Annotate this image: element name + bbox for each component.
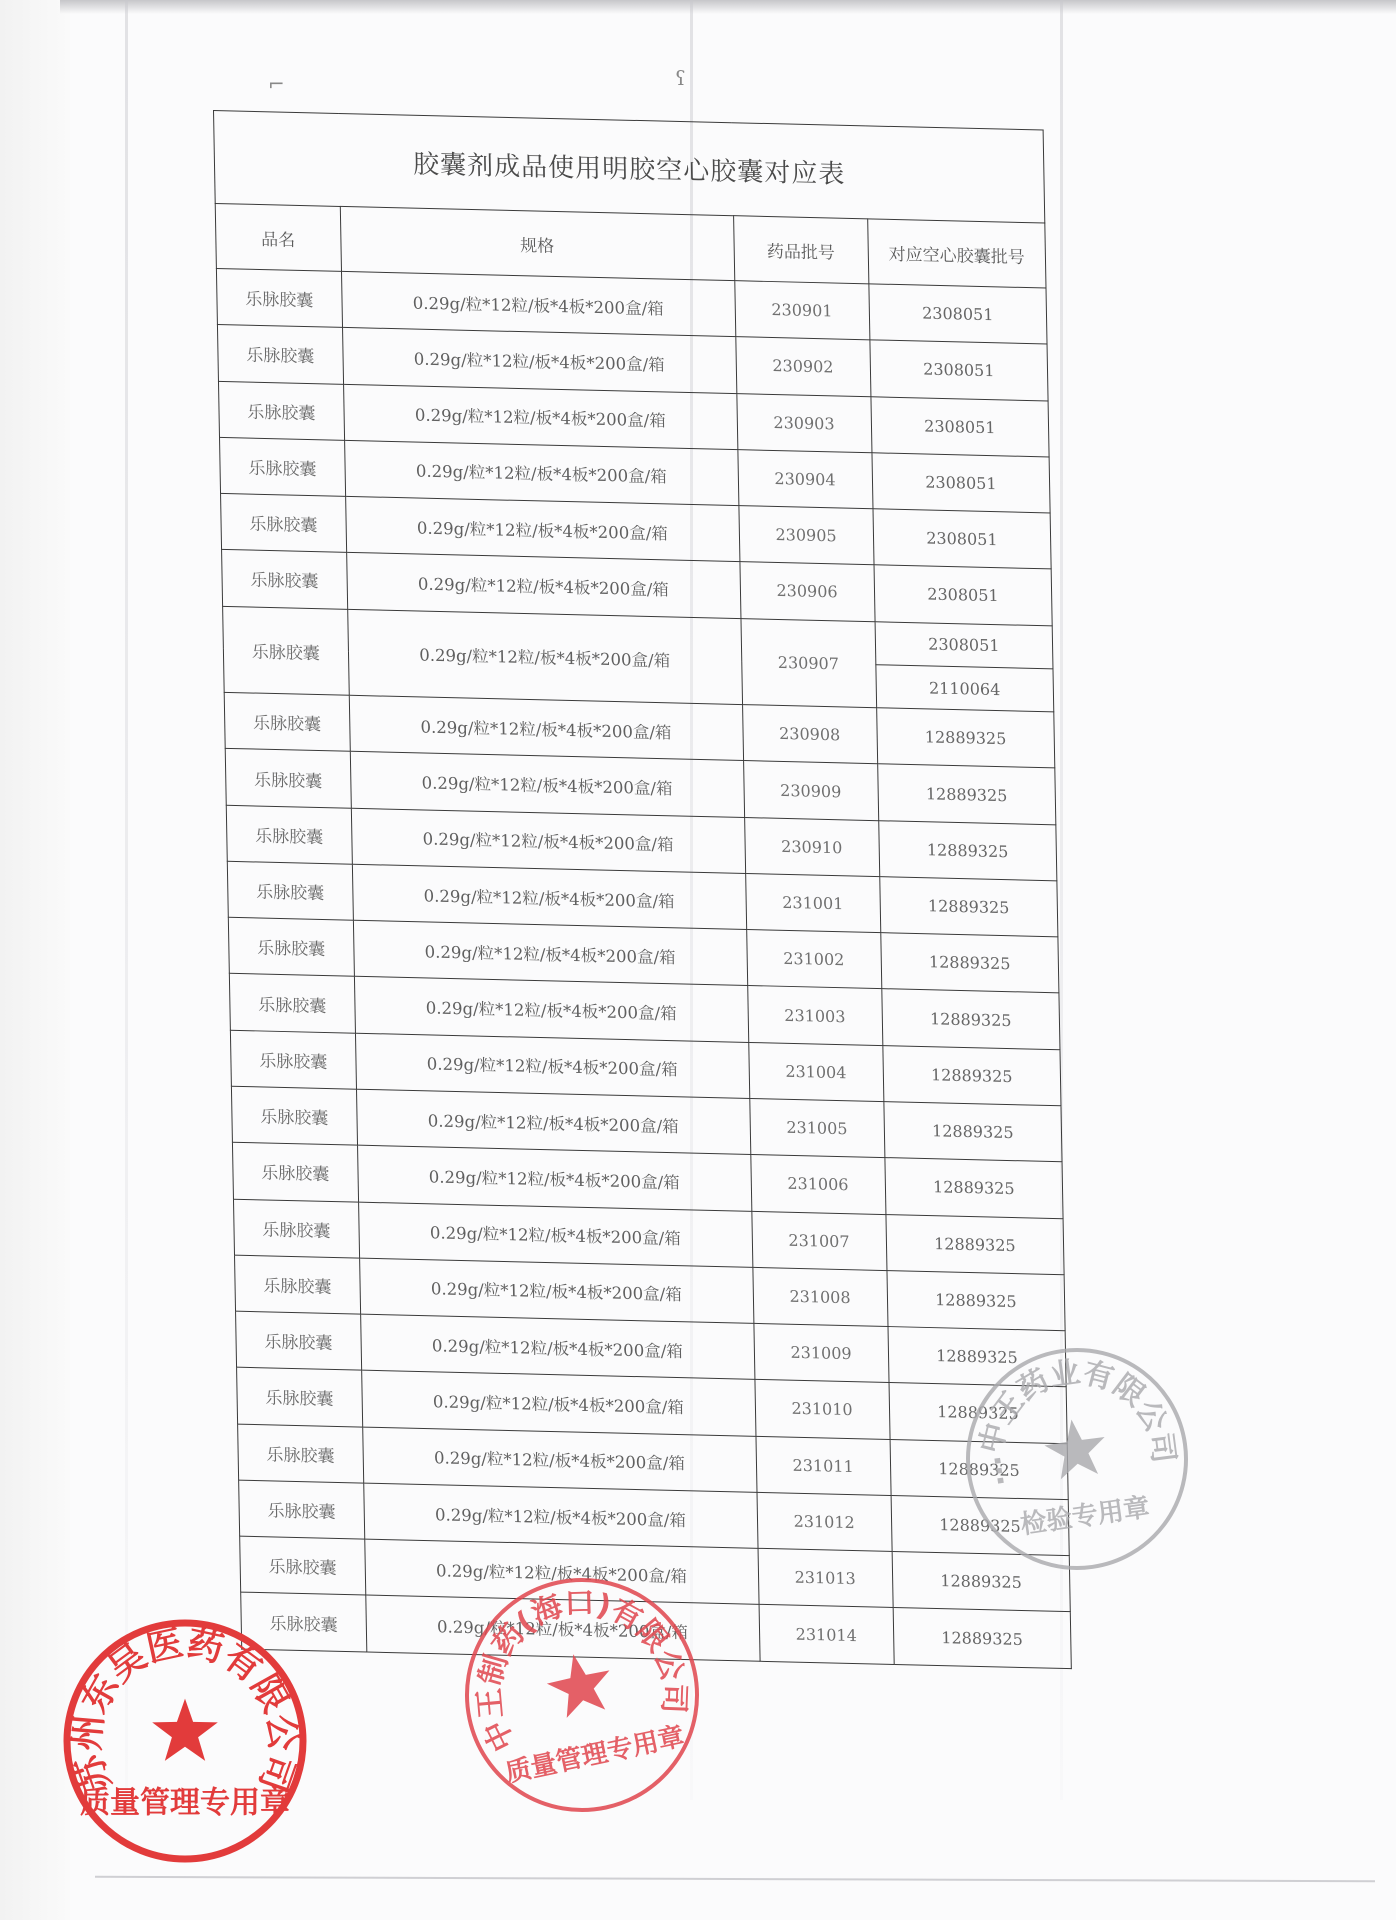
cell-capsule-batch: 12889325 [886, 1214, 1064, 1274]
cell-spec: 0.29g/粒*12粒/板*4板*200盒/箱 [359, 1258, 753, 1324]
cell-batch-number: 230902 [735, 337, 870, 396]
cell-spec: 0.29g/粒*12粒/板*4板*200盒/箱 [351, 808, 745, 874]
cell-spec: 0.29g/粒*12粒/板*4板*200盒/箱 [362, 1427, 756, 1493]
cell-product-name: 乐脉胶囊 [240, 1536, 366, 1595]
cell-product-name: 乐脉胶囊 [221, 493, 347, 552]
cell-spec: 0.29g/粒*12粒/板*4板*200盒/箱 [360, 1314, 754, 1380]
star-icon [542, 1648, 617, 1721]
cell-spec: 0.29g/粒*12粒/板*4板*200盒/箱 [356, 1089, 750, 1155]
stamp-quality-zhongwang: 中王制药(海口)有限公司质量管理专用章 [440, 1553, 725, 1838]
correspondence-table: 胶囊剂成品使用明胶空心胶囊对应表 品名 规格 药品批号 对应空心胶囊批号 乐脉胶… [213, 110, 1072, 1669]
cell-product-name: 乐脉胶囊 [233, 1199, 359, 1258]
col-header-name: 品名 [215, 203, 341, 271]
paper-fold-line [95, 1876, 1375, 1882]
cell-product-name: 乐脉胶囊 [218, 381, 344, 440]
table-body: 乐脉胶囊0.29g/粒*12粒/板*4板*200盒/箱2309012308051… [216, 268, 1071, 1668]
cell-batch-number: 231001 [745, 873, 880, 932]
cell-batch-number: 230906 [739, 562, 874, 621]
stamp-inspection: …中王药业有限公司检验专用章 [948, 1330, 1206, 1588]
cell-batch-number: 230908 [742, 705, 877, 764]
cell-capsule-batch: 12889325 [877, 764, 1055, 824]
col-header-batch: 药品批号 [733, 216, 868, 284]
cell-batch-number: 230905 [738, 506, 873, 565]
cell-spec: 0.29g/粒*12粒/板*4板*200盒/箱 [347, 609, 742, 705]
cell-batch-number: 231014 [759, 1605, 894, 1665]
cell-batch-number: 231009 [753, 1323, 888, 1382]
cell-batch-number: 230907 [740, 618, 876, 708]
page-edge [0, 0, 70, 1920]
cell-batch-number: 231012 [757, 1492, 892, 1551]
cell-spec: 0.29g/粒*12粒/板*4板*200盒/箱 [341, 271, 735, 337]
cell-batch-number: 231006 [750, 1155, 885, 1214]
cell-spec: 0.29g/粒*12粒/板*4板*200盒/箱 [355, 1033, 749, 1099]
cell-capsule-batch: 12889325 [893, 1608, 1071, 1669]
stamp-quality-dongwu: 苏州东吴医药有限公司质量管理专用章 [62, 1618, 308, 1864]
cell-capsule-batch: 12889325 [884, 1102, 1062, 1162]
cell-batch-number: 231007 [751, 1211, 886, 1270]
cell-batch-number: 230901 [734, 281, 869, 340]
cell-product-name: 乐脉胶囊 [231, 1086, 357, 1145]
staple-mark-icon: ʕ [675, 66, 686, 90]
cell-batch-number: 231004 [748, 1042, 883, 1101]
document-sheet: 胶囊剂成品使用明胶空心胶囊对应表 品名 规格 药品批号 对应空心胶囊批号 乐脉胶… [213, 110, 1072, 1669]
stamp-graphic: 中王制药(海口)有限公司质量管理专用章 [440, 1553, 725, 1838]
cell-batch-number: 231010 [754, 1380, 889, 1439]
cell-spec: 0.29g/粒*12粒/板*4板*200盒/箱 [344, 440, 738, 506]
cell-spec: 0.29g/粒*12粒/板*4板*200盒/箱 [358, 1202, 752, 1268]
cell-batch-number: 231013 [758, 1548, 893, 1607]
cell-batch-number: 230909 [743, 761, 878, 820]
cell-product-name: 乐脉胶囊 [226, 805, 352, 864]
star-icon [152, 1699, 218, 1761]
stamp-graphic: …中王药业有限公司检验专用章 [948, 1330, 1206, 1588]
stamp-center-text: 检验专用章 [1018, 1492, 1151, 1541]
cell-batch-number: 230910 [744, 817, 879, 876]
cell-spec: 0.29g/粒*12粒/板*4板*200盒/箱 [352, 864, 746, 930]
cell-product-name: 乐脉胶囊 [239, 1480, 365, 1539]
cell-product-name: 乐脉胶囊 [228, 918, 354, 977]
cell-spec: 0.29g/粒*12粒/板*4板*200盒/箱 [353, 920, 747, 986]
cell-batch-number: 231002 [746, 930, 881, 989]
cell-product-name: 乐脉胶囊 [235, 1255, 361, 1314]
cell-capsule-batch: 2308051 [871, 396, 1049, 456]
cell-spec: 0.29g/粒*12粒/板*4板*200盒/箱 [346, 553, 740, 619]
cell-product-name: 乐脉胶囊 [225, 749, 351, 808]
cell-spec: 0.29g/粒*12粒/板*4板*200盒/箱 [342, 328, 736, 394]
cell-capsule-batch: 12889325 [887, 1270, 1065, 1330]
cell-product-name: 乐脉胶囊 [220, 437, 346, 496]
cell-product-name: 乐脉胶囊 [227, 861, 353, 920]
cell-product-name: 乐脉胶囊 [224, 693, 350, 752]
cell-capsule-batch: 12889325 [876, 708, 1054, 768]
cell-product-name: 乐脉胶囊 [216, 268, 342, 327]
cell-spec: 0.29g/粒*12粒/板*4板*200盒/箱 [361, 1370, 755, 1436]
cell-product-name: 乐脉胶囊 [223, 606, 349, 695]
cell-batch-number: 231005 [749, 1098, 884, 1157]
cell-product-name: 乐脉胶囊 [238, 1424, 364, 1483]
cell-spec: 0.29g/粒*12粒/板*4板*200盒/箱 [363, 1483, 757, 1549]
cell-capsule-batch: 12889325 [881, 989, 1059, 1049]
cell-capsule-batch: 12889325 [885, 1158, 1063, 1218]
col-header-capsule-batch: 对应空心胶囊批号 [867, 219, 1046, 288]
cell-product-name: 乐脉胶囊 [229, 974, 355, 1033]
cell-capsule-batch: 12889325 [880, 933, 1058, 993]
col-header-spec: 规格 [340, 206, 734, 280]
cell-capsule-batch: 12889325 [879, 877, 1057, 937]
star-icon [1041, 1415, 1109, 1481]
cell-capsule-batch: 2308051 [869, 284, 1047, 344]
cell-product-name: 乐脉胶囊 [217, 325, 343, 384]
cell-batch-number: 230903 [736, 393, 871, 452]
cell-spec: 0.29g/粒*12粒/板*4板*200盒/箱 [354, 977, 748, 1043]
cell-product-name: 乐脉胶囊 [230, 1030, 356, 1089]
cell-product-name: 乐脉胶囊 [237, 1368, 363, 1427]
cell-batch-number: 230904 [737, 449, 872, 508]
scan-shadow [60, 0, 1396, 14]
cell-batch-number: 231008 [752, 1267, 887, 1326]
cell-capsule-batch: 12889325 [883, 1045, 1061, 1105]
cell-capsule-batch: 2308051 [875, 621, 1053, 668]
cell-capsule-batch: 2308051 [870, 340, 1048, 400]
cell-capsule-batch: 2308051 [874, 565, 1052, 625]
stamp-center-text: 质量管理专用章 [80, 1785, 290, 1820]
cell-spec: 0.29g/粒*12粒/板*4板*200盒/箱 [349, 695, 743, 761]
cell-capsule-batch: 2110064 [876, 665, 1054, 712]
cell-product-name: 乐脉胶囊 [232, 1143, 358, 1202]
cell-batch-number: 231011 [755, 1436, 890, 1495]
cell-capsule-batch: 12889325 [878, 820, 1056, 880]
cell-capsule-batch: 2308051 [873, 509, 1051, 569]
cell-product-name: 乐脉胶囊 [222, 550, 348, 609]
stamp-graphic: 苏州东吴医药有限公司质量管理专用章 [62, 1618, 308, 1864]
cell-product-name: 乐脉胶囊 [236, 1311, 362, 1370]
cell-spec: 0.29g/粒*12粒/板*4板*200盒/箱 [345, 496, 739, 562]
cell-capsule-batch: 2308051 [872, 453, 1050, 513]
paper-crease [125, 0, 128, 1800]
cell-spec: 0.29g/粒*12粒/板*4板*200盒/箱 [350, 752, 744, 818]
cell-batch-number: 231003 [747, 986, 882, 1045]
cell-spec: 0.29g/粒*12粒/板*4板*200盒/箱 [343, 384, 737, 450]
cell-spec: 0.29g/粒*12粒/板*4板*200盒/箱 [357, 1145, 751, 1211]
staple-mark-icon: ⌐ [268, 72, 285, 96]
